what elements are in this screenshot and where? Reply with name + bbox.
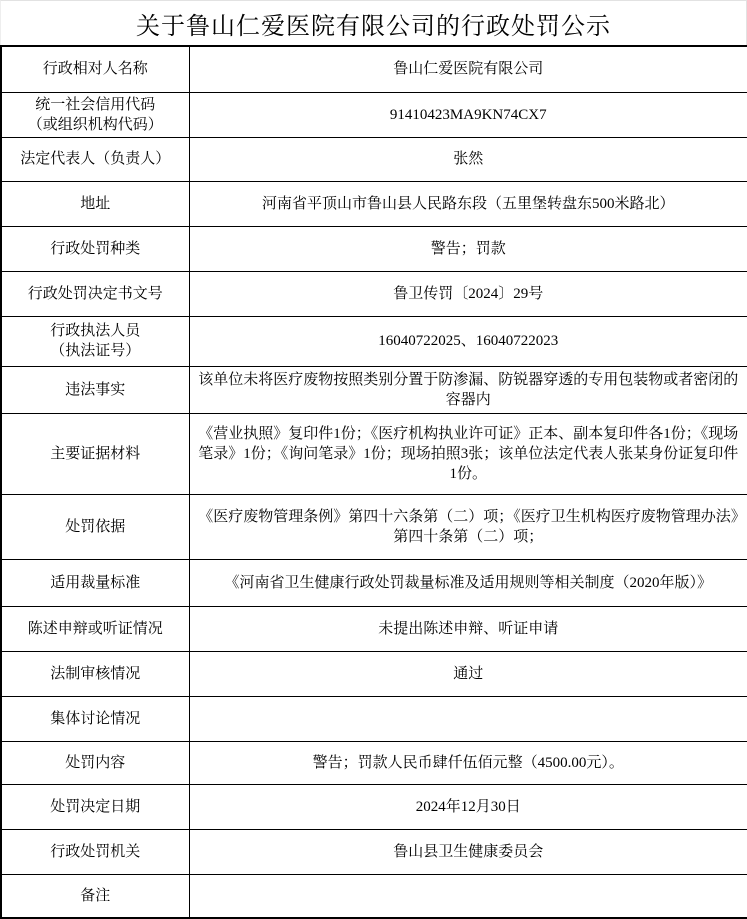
row-value: 《医疗废物管理条例》第四十六条第（二）项；《医疗卫生机构医疗废物管理办法》第四十… [189, 494, 747, 559]
row-label: 行政执法人员 （执法证号） [1, 316, 189, 366]
row-label: 法定代表人（负责人） [1, 137, 189, 181]
table-row: 陈述申辩或听证情况 未提出陈述申辩、听证申请 [1, 606, 747, 651]
penalty-notice-page: 关于鲁山仁爱医院有限公司的行政处罚公示 行政相对人名称 鲁山仁爱医院有限公司 统… [0, 0, 747, 919]
row-label: 备注 [1, 874, 189, 918]
table-row: 适用裁量标准 《河南省卫生健康行政处罚裁量标准及适用规则等相关制度（2020年版… [1, 559, 747, 606]
row-value: 鲁山县卫生健康委员会 [189, 829, 747, 874]
row-value: 河南省平顶山市鲁山县人民路东段（五里堡转盘东500米路北） [189, 181, 747, 226]
row-value: 2024年12月30日 [189, 784, 747, 829]
table-row: 法定代表人（负责人） 张然 [1, 137, 747, 181]
row-value: 该单位未将医疗废物按照类别分置于防渗漏、防锐器穿透的专用包装物或者密闭的容器内 [189, 366, 747, 413]
table-row: 备注 [1, 874, 747, 918]
table-row: 处罚内容 警告；罚款人民币肆仟伍佰元整（4500.00元）。 [1, 741, 747, 784]
row-value: 通过 [189, 651, 747, 696]
table-row: 地址 河南省平顶山市鲁山县人民路东段（五里堡转盘东500米路北） [1, 181, 747, 226]
row-value: 张然 [189, 137, 747, 181]
table-row: 集体讨论情况 [1, 696, 747, 741]
table-row: 行政相对人名称 鲁山仁爱医院有限公司 [1, 46, 747, 92]
row-label: 违法事实 [1, 366, 189, 413]
table-row: 处罚依据 《医疗废物管理条例》第四十六条第（二）项；《医疗卫生机构医疗废物管理办… [1, 494, 747, 559]
row-value: 警告；罚款人民币肆仟伍佰元整（4500.00元）。 [189, 741, 747, 784]
row-label: 法制审核情况 [1, 651, 189, 696]
table-row: 行政处罚种类 警告；罚款 [1, 226, 747, 271]
row-label: 行政处罚决定书文号 [1, 271, 189, 316]
table-row: 统一社会信用代码 （或组织机构代码） 91410423MA9KN74CX7 [1, 92, 747, 137]
row-value [189, 874, 747, 918]
row-label: 陈述申辩或听证情况 [1, 606, 189, 651]
penalty-table: 行政相对人名称 鲁山仁爱医院有限公司 统一社会信用代码 （或组织机构代码） 91… [0, 45, 747, 919]
row-value: 警告；罚款 [189, 226, 747, 271]
row-value: 16040722025、16040722023 [189, 316, 747, 366]
row-label: 主要证据材料 [1, 413, 189, 494]
table-row: 行政处罚决定书文号 鲁卫传罚〔2024〕29号 [1, 271, 747, 316]
row-value: 91410423MA9KN74CX7 [189, 92, 747, 137]
row-value [189, 696, 747, 741]
table-row: 违法事实 该单位未将医疗废物按照类别分置于防渗漏、防锐器穿透的专用包装物或者密闭… [1, 366, 747, 413]
page-title: 关于鲁山仁爱医院有限公司的行政处罚公示 [0, 0, 747, 45]
row-label: 集体讨论情况 [1, 696, 189, 741]
table-row: 主要证据材料 《营业执照》复印件1份；《医疗机构执业许可证》正本、副本复印件各1… [1, 413, 747, 494]
row-value: 《河南省卫生健康行政处罚裁量标准及适用规则等相关制度（2020年版）》 [189, 559, 747, 606]
row-label: 适用裁量标准 [1, 559, 189, 606]
row-value: 鲁山仁爱医院有限公司 [189, 46, 747, 92]
row-label: 行政处罚种类 [1, 226, 189, 271]
row-value: 《营业执照》复印件1份；《医疗机构执业许可证》正本、副本复印件各1份；《现场笔录… [189, 413, 747, 494]
table-row: 行政执法人员 （执法证号） 16040722025、16040722023 [1, 316, 747, 366]
row-label: 处罚内容 [1, 741, 189, 784]
row-label: 行政处罚机关 [1, 829, 189, 874]
row-value: 未提出陈述申辩、听证申请 [189, 606, 747, 651]
table-row: 法制审核情况 通过 [1, 651, 747, 696]
row-label: 处罚依据 [1, 494, 189, 559]
row-label: 行政相对人名称 [1, 46, 189, 92]
row-label: 统一社会信用代码 （或组织机构代码） [1, 92, 189, 137]
table-row: 行政处罚机关 鲁山县卫生健康委员会 [1, 829, 747, 874]
row-label: 地址 [1, 181, 189, 226]
row-value: 鲁卫传罚〔2024〕29号 [189, 271, 747, 316]
table-row: 处罚决定日期 2024年12月30日 [1, 784, 747, 829]
row-label: 处罚决定日期 [1, 784, 189, 829]
